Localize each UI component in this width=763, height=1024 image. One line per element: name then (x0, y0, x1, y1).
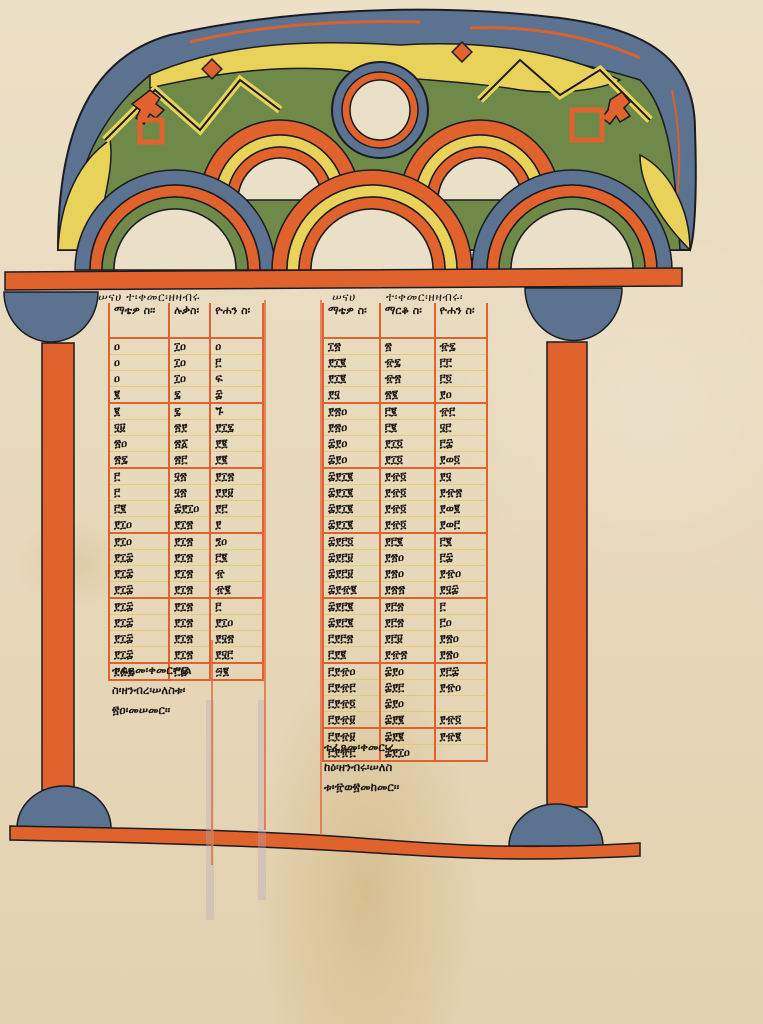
table-cell: ፻፫፳ (380, 598, 435, 615)
table-row: ፫፪፰፻፲ዐ፻፫ (109, 501, 263, 517)
column-header: ዮሐን ስ፡ (435, 303, 487, 338)
table-cell: ፯ (169, 387, 210, 404)
table-row: ፻፲፪፹፯፫፫ (323, 355, 487, 371)
table-row: ዐ፲ዐዐ (109, 338, 263, 355)
table-cell: ፻ (210, 517, 263, 534)
table-row: ፻፶፳፪፻ዐ (323, 387, 487, 404)
table-row: ፰፻፲፪፻፹፬፻፶ (323, 468, 487, 485)
table-row: ፫፶፳፻፻፱ (109, 485, 263, 501)
table-cell: ፻፲፬ (380, 436, 435, 452)
table-cell: ፻፪ (210, 452, 263, 469)
table-row: ፫፶፳፻፲፳ (109, 468, 263, 485)
table-cell: ፻፲ዐ (109, 533, 169, 550)
table-cell: ፻፲፰ (109, 598, 169, 615)
table-cell: ፻፳ዐ (323, 420, 380, 436)
table-cell: ፻፲፳ (169, 615, 210, 631)
table-cell: ፻፳ዐ (323, 403, 380, 420)
colophon-line: ከዕ፡ዘንብሩ፡ሠለስ (324, 757, 399, 777)
table-row: ፫፻፹ዐ፰፻ዐ፻፫፰ (323, 663, 487, 680)
right-colophon: ተፈጸመ፡ቀመር፡ረከዕ፡ዘንብሩ፡ሠለስቱ፡፹ወ፳መከመር፡፡ (324, 737, 399, 797)
table-cell: ፻፲ዐ (109, 517, 169, 534)
table-cell: ፻፲፰ (109, 615, 169, 631)
table-cell: ፰፻፹፪ (323, 582, 380, 599)
table-cell: ዐ (109, 355, 169, 371)
table-cell: ፺ዐ (210, 533, 263, 550)
table-cell: ፻፪ (210, 436, 263, 452)
table-cell: ፻፫ (210, 501, 263, 517)
table-cell: ፻፲፳ (169, 566, 210, 582)
table-cell: ፫፻፪ (323, 647, 380, 664)
table-row: ፻፲፪፹፳፫፬ (323, 371, 487, 387)
table-cell: ፰፻ዐ (380, 696, 435, 712)
table-cell: ፻፲፰ (109, 566, 169, 582)
table-cell: ፫፻፫፳ (323, 631, 380, 647)
table-row: ፶፱፳፻፻፲፯ (109, 420, 263, 436)
table-row: ፻፲፰፻፲፳፫ (109, 598, 263, 615)
table-row: ፰፻፫፬፻፫፪፫፪ (323, 533, 487, 550)
table-cell: ፻ወ፬ (435, 452, 487, 469)
table-cell: ፻፶፳ (210, 631, 263, 647)
table-cell: ፻፹፬ (435, 712, 487, 729)
column-header: ማቴዎ ስ፡ (323, 303, 380, 338)
table-row: ፻፲፰፻፲፳፻፲ዐ (109, 615, 263, 631)
table-cell: ፻፲፰ (109, 550, 169, 566)
table-cell: ፳ (380, 338, 435, 355)
table-cell: ዐ (210, 338, 263, 355)
table-row: ፪፯ጙ (109, 403, 263, 420)
table-cell: ፻፳ዐ (435, 631, 487, 647)
table-cell (435, 696, 487, 712)
table-cell: ፰፻፫፪ (323, 615, 380, 631)
table-row: ፰፻፫፪፻፫፳፫ዐ (323, 615, 487, 631)
table-cell: ፻፲፰ (109, 631, 169, 647)
column-header: ዮሐን ስ፡ (210, 303, 263, 338)
column-header: ማርቆ ስ፡ (380, 303, 435, 338)
table-cell: ፶፳ (169, 485, 210, 501)
left-canon-table: ማቴዎ ስ፡፡ሉቃስ፡ዮሐን ስ፡ዐ፲ዐዐዐ፲ዐ፫ዐ፲ዐፍ፪፯፰፪፯ጙ፶፱፳፻፻… (108, 303, 264, 681)
table-cell: ፲፳ (323, 338, 380, 355)
table-cell: ፫ (109, 485, 169, 501)
table-cell: ፻፳ዐ (435, 647, 487, 664)
table-cell: ፍ (210, 371, 263, 387)
table-row: ፰፻ዐ፻፲፬፻ወ፬ (323, 452, 487, 469)
table-cell: ፻፶ (323, 387, 380, 404)
table-row: ፫፻፫፳፻፫፱፻፳ዐ (323, 631, 487, 647)
table-row: ፫፻፹፱፰፻፪፻፹፬ (323, 712, 487, 729)
table-cell: ፻፹፬ (380, 468, 435, 485)
table-cell: ፻፫፪ (380, 533, 435, 550)
table-cell: ፰፻፲፪ (323, 485, 380, 501)
table-cell: ፰፻፲ዐ (169, 501, 210, 517)
table-cell: ፻፹ዐ (435, 680, 487, 696)
table-cell: ፻፲፬ (380, 452, 435, 469)
table-cell: ፻፹፬ (380, 517, 435, 534)
ruling-line (264, 300, 266, 830)
table-cell: ፲ዐ (169, 338, 210, 355)
table-cell: ፰፻ዐ (380, 663, 435, 680)
table-cell: ፫ (210, 355, 263, 371)
table-cell: ፰፻ዐ (323, 452, 380, 469)
colophon-line: ፳ዐ፡መሠመር፡፡ (112, 700, 192, 720)
table-cell: ፳ዐ (109, 436, 169, 452)
table-cell: ፻፲፳ (169, 631, 210, 647)
table-cell: ፰፻፪ (380, 712, 435, 729)
colophon-line: ቱ፡፹ወ፳መከመር፡፡ (324, 777, 399, 797)
table-cell: ፰ (210, 387, 263, 404)
table-cell: ፻፲፳ (169, 550, 210, 566)
table-cell: ፳፻ (169, 420, 210, 436)
table-cell: ዐ (109, 371, 169, 387)
table-cell: ፰፻፫፬ (323, 533, 380, 550)
table-cell: ፶፱ (109, 420, 169, 436)
table-cell: ፻፳ዐ (380, 550, 435, 566)
table-cell: ፻፲፳ (210, 468, 263, 485)
table-row: ፰፻፫፪፻፫፳፫ (323, 598, 487, 615)
table-cell: ፰፻፫፱ (323, 566, 380, 582)
table-cell: ፳፯ (109, 452, 169, 469)
table-cell: ፻፫፱ (380, 631, 435, 647)
table-cell: ፻፹፪ (435, 728, 487, 745)
table-cell: ፫፬ (435, 371, 487, 387)
table-cell: ፰፻፫ (380, 680, 435, 696)
table-cell: ፫፫ (435, 355, 487, 371)
table-cell: ፰፻፲፪ (323, 468, 380, 485)
table-row: ፫፻፪፻፹፳፻፳ዐ (323, 647, 487, 664)
table-cell: ፻፲፪ (323, 355, 380, 371)
table-cell: ፻፹፬ (380, 501, 435, 517)
table-cell: ፻፲፪ (323, 371, 380, 387)
table-cell: ፰፻፲፪ (323, 501, 380, 517)
table-cell: ፲ዐ (169, 371, 210, 387)
table-cell: ፯ (169, 403, 210, 420)
table-row: ፻፲ዐ፻፲፳፻ (109, 517, 263, 534)
table-cell: ፫፻፹፱ (323, 712, 380, 729)
table-row: ፻፲ዐ፻፲፳፺ዐ (109, 533, 263, 550)
table-cell: ፫ዐ (435, 615, 487, 631)
table-row: ዐ፲ዐፍ (109, 371, 263, 387)
column-header: ማቴዎ ስ፡፡ (109, 303, 169, 338)
left-colophon: ተፈጸመ፡ቀመር፡ሣልስ፡ዘንብረ፡ሠለስቱ፡፳ዐ፡መሠመር፡፡ (112, 660, 192, 720)
table-cell: ፻፲፳ (169, 598, 210, 615)
table-cell: ፵፪ (210, 663, 263, 680)
table-cell: ፰፻፫፪ (323, 598, 380, 615)
table-cell: ፻፶ (435, 468, 487, 485)
table-row: ፰፻፫፱፻፳ዐ፻፹ዐ (323, 566, 487, 582)
table-cell: ፰፻ዐ (323, 436, 380, 452)
table-cell: ፫፻፹፫ (323, 680, 380, 696)
table-cell (435, 745, 487, 762)
table-cell: ፫፪ (210, 550, 263, 566)
column-header: ሉቃስ፡ (169, 303, 210, 338)
table-cell: ጙ (210, 403, 263, 420)
table-row: ፻፲፰፻፲፳፫፪ (109, 550, 263, 566)
table-cell: ፻፫፰ (435, 663, 487, 680)
table-cell: ፳፪ (380, 387, 435, 404)
table-cell: ፻ዐ (435, 387, 487, 404)
table-cell: ፫ (435, 598, 487, 615)
table-cell: ፫፰ (435, 436, 487, 452)
table-cell: ፻፹፳ (435, 485, 487, 501)
table-row: ፰፻፹፪፻፳፳፻፶፰ (323, 582, 487, 599)
table-cell: ፻፲፰ (109, 582, 169, 599)
table-cell: ፰፻፲፪ (323, 517, 380, 534)
table-cell: ፹፪ (210, 582, 263, 599)
table-cell: ፻ወ፪ (435, 501, 487, 517)
table-cell: ፫፪ (380, 420, 435, 436)
table-cell: ፪ (109, 403, 169, 420)
table-row: ፳፯፳፫፻፪ (109, 452, 263, 469)
table-cell: ፻፲፳ (169, 582, 210, 599)
table-row: ፪፯፰ (109, 387, 263, 404)
table-cell: ፲ዐ (169, 355, 210, 371)
colophon-line: ተፈጸመ፡ቀመር፡ሣል (112, 660, 192, 680)
table-cell: ፻፳፳ (380, 582, 435, 599)
table-header-row: ማቴዎ ስ፡ማርቆ ስ፡ዮሐን ስ፡ (323, 303, 487, 338)
table-cell: ፻፫፳ (380, 615, 435, 631)
table-row: ፻፲፰፻፲፳፹ (109, 566, 263, 582)
table-cell: ፪ (109, 387, 169, 404)
table-cell: ፻፹ዐ (435, 566, 487, 582)
table-row: ፰፻፲፪፻፹፬፻ወ፪ (323, 501, 487, 517)
table-row: ፫፻፹፫፰፻፫፻፹ዐ (323, 680, 487, 696)
table-cell: ፻፲፯ (210, 420, 263, 436)
table-cell: ፹፫ (435, 403, 487, 420)
table-cell: ፫፻፹ዐ (323, 663, 380, 680)
table-cell: ፻፶፫ (210, 647, 263, 664)
table-cell: ፻፲፳ (169, 533, 210, 550)
table-cell: ፹፯ (380, 355, 435, 371)
table-row: ፻፳ዐ፫፪፶፫ (323, 420, 487, 436)
table-cell: ፫፪ (380, 403, 435, 420)
table-row: ፰፻፲፪፻፹፬፻፹፳ (323, 485, 487, 501)
stain (206, 700, 214, 920)
table-cell: ፶፫ (435, 420, 487, 436)
table-row: ፻፲፰፻፲፳፹፪ (109, 582, 263, 599)
right-canon-table: ማቴዎ ስ፡ማርቆ ስ፡ዮሐን ስ፡፲፳፳፹፯፻፲፪፹፯፫፫፻፲፪፹፳፫፬፻፶፳… (322, 303, 488, 762)
table-cell: ፹፳ (380, 371, 435, 387)
table-cell: ፻፲ዐ (210, 615, 263, 631)
table-cell: ዐ (109, 338, 169, 355)
table-cell: ፫፰ (435, 550, 487, 566)
table-row: ፳ዐ፳፩፻፪ (109, 436, 263, 452)
parchment-page: ሠናሀ ተ፡ቀመር፡ዘዛብሩ ማቴዎ ስ፡፡ሉቃስ፡ዮሐን ስ፡ዐ፲ዐዐዐ፲ዐ፫… (0, 0, 763, 1024)
table-cell: ፫፻፹፬ (323, 696, 380, 712)
table-cell: ፻፹፬ (380, 485, 435, 501)
table-cell: ፫፪ (435, 533, 487, 550)
table-cell: ፻ወ፫ (435, 517, 487, 534)
table-cell: ፫ (109, 468, 169, 485)
table-row: ፰፻፲፪፻፹፬፻ወ፫ (323, 517, 487, 534)
table-row: ፫፻፹፬፰፻ዐ (323, 696, 487, 712)
table-cell: ፫፪ (109, 501, 169, 517)
table-row: ዐ፲ዐ፫ (109, 355, 263, 371)
table-row: ፰፻ዐ፻፲፬፫፰ (323, 436, 487, 452)
table-cell: ፳፩ (169, 436, 210, 452)
table-cell: ፻፲፳ (169, 517, 210, 534)
table-cell: ፻፳ዐ (380, 566, 435, 582)
table-cell: ፻፻፱ (210, 485, 263, 501)
table-cell: ፹ (210, 566, 263, 582)
table-row: ፲፳፳፹፯ (323, 338, 487, 355)
table-cell: ፫ (210, 598, 263, 615)
table-header-row: ማቴዎ ስ፡፡ሉቃስ፡ዮሐን ስ፡ (109, 303, 263, 338)
table-cell: ፹፯ (435, 338, 487, 355)
table-cell: ፳፫ (169, 452, 210, 469)
colophon-line: ስ፡ዘንብረ፡ሠለስቱ፡ (112, 680, 192, 700)
table-cell: ፶፳ (169, 468, 210, 485)
colophon-line: ተፈጸመ፡ቀመር፡ረ (324, 737, 399, 757)
table-cell: ፰፻፫፱ (323, 550, 380, 566)
table-row: ፻፲፰፻፲፳፻፶፳ (109, 631, 263, 647)
table-cell: ፻፹፳ (380, 647, 435, 664)
table-row: ፰፻፫፱፻፳ዐ፫፰ (323, 550, 487, 566)
table-row: ፻፳ዐ፫፪፹፫ (323, 403, 487, 420)
table-cell: ፻፶፰ (435, 582, 487, 599)
